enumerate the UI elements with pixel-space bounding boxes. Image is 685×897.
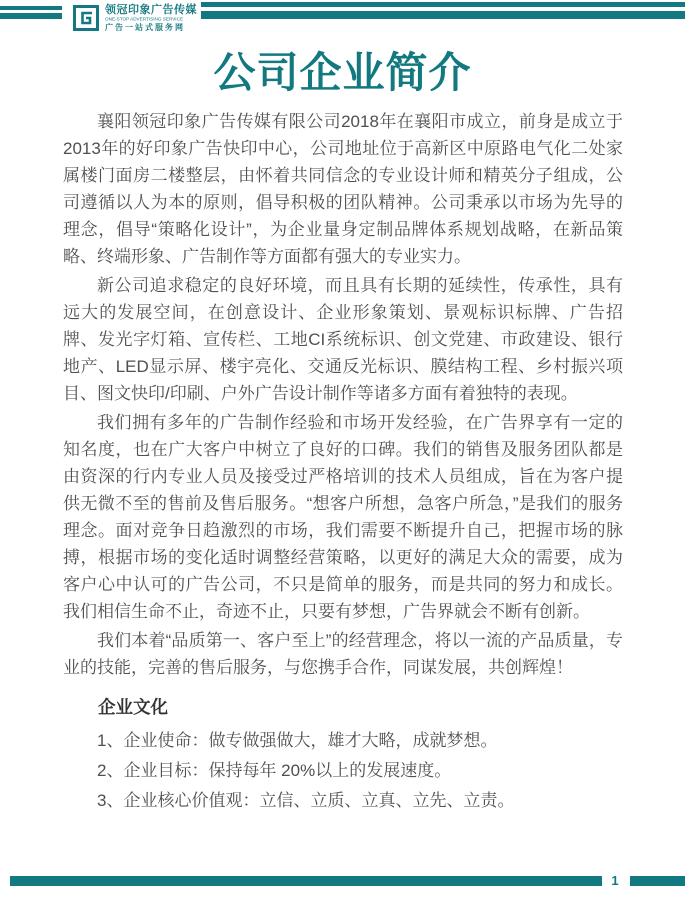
body-paragraph: 我们本着“品质第一、客户至上”的经营理念，将以一流的产品质量，专业的技能，完善的… <box>63 627 623 681</box>
header-left-rule-thin <box>0 6 62 10</box>
culture-item: 2、企业目标：保持每年 20%以上的发展速度。 <box>63 756 623 786</box>
company-tagline-en: ONE-STOP ADVERTISING SERVICE <box>105 17 160 20</box>
document-page: 领冠印象广告传媒 ONE-STOP ADVERTISING SERVICE 广告… <box>0 0 685 897</box>
body-paragraph: 襄阳领冠印象广告传媒有限公司2018年在襄阳市成立，前身是成立于2013年的好印… <box>63 108 623 270</box>
company-name: 领冠印象广告传媒 <box>105 5 200 16</box>
footer-rule-left <box>10 876 602 886</box>
header-right-rule-thick <box>201 11 685 19</box>
company-logo-icon <box>72 4 100 32</box>
page-title: 公司企业简介 <box>0 40 685 100</box>
culture-item: 3、企业核心价值观：立信、立质、立真、立先、立责。 <box>63 786 623 816</box>
culture-section-heading: 企业文化 <box>63 694 623 721</box>
page-number: 1 <box>602 873 628 889</box>
company-tagline-cn: 广告一站式服务网 <box>105 23 200 32</box>
body-paragraph: 新公司追求稳定的良好环境，而且具有长期的延续性，传承性，具有远大的发展空间，在创… <box>63 272 623 407</box>
document-body: 襄阳领冠印象广告传媒有限公司2018年在襄阳市成立，前身是成立于2013年的好印… <box>63 108 623 816</box>
body-paragraph: 我们拥有多年的广告制作经验和市场开发经验，在广告界享有一定的知名度，也在广大客户… <box>63 409 623 625</box>
culture-item: 1、企业使命：做专做强做大，雄才大略，成就梦想。 <box>63 726 623 756</box>
footer-rule-right <box>630 876 685 886</box>
company-logo-text: 领冠印象广告传媒 ONE-STOP ADVERTISING SERVICE 广告… <box>105 5 200 32</box>
header-left-rule-thick <box>0 13 62 19</box>
header-right-rule-thin <box>201 2 685 7</box>
